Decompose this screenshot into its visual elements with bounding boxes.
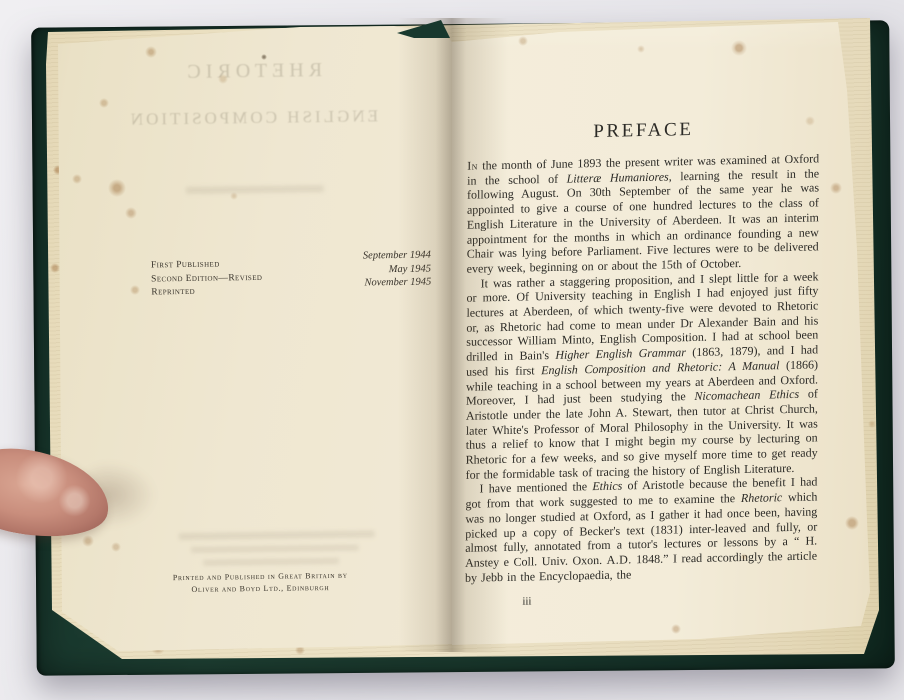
book-photo: RHETORIC ENGLISH COMPOSITION First Publi… xyxy=(0,0,904,700)
